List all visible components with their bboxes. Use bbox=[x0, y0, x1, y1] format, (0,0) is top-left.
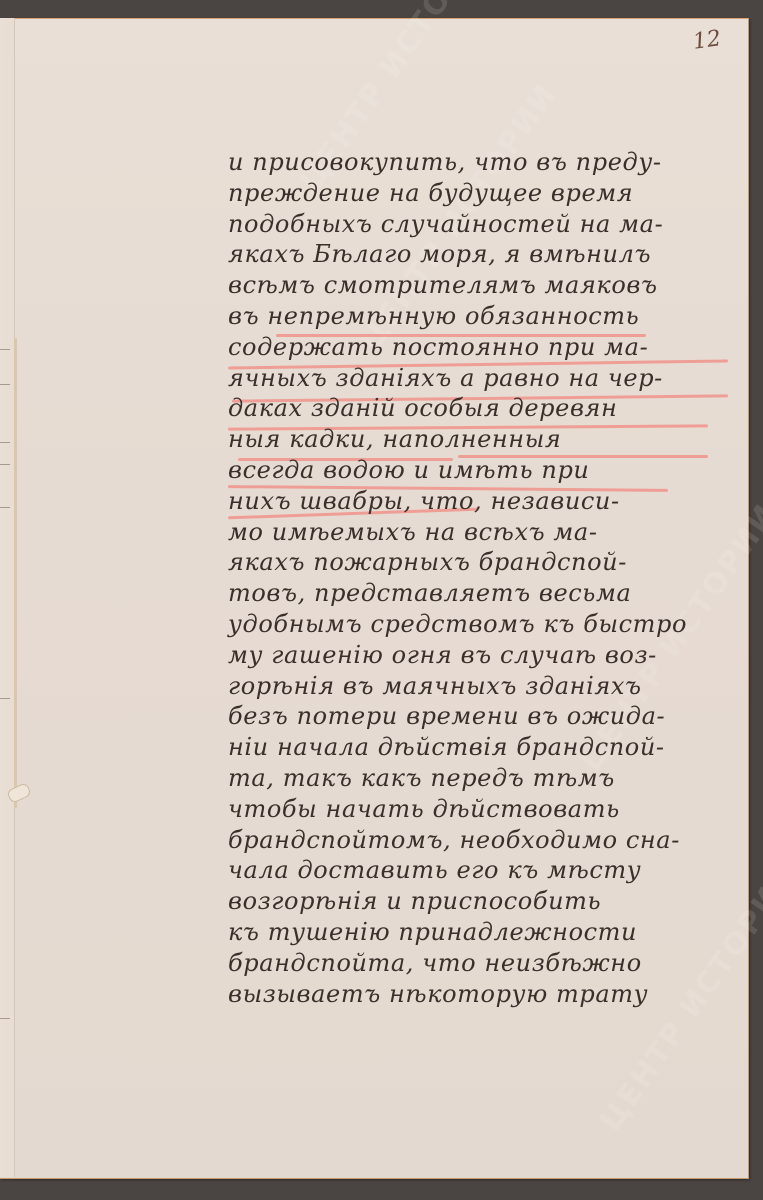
text-line: безъ потери времени въ ожида- bbox=[228, 701, 746, 732]
text-line: и присовокупить, что въ преду- bbox=[228, 147, 746, 178]
text-line: якахъ Бѣлаго моря, я вмѣнилъ bbox=[228, 239, 746, 270]
text-line: въ непремѣнную обязанность bbox=[228, 301, 746, 332]
text-line: преждение на будущее время bbox=[228, 178, 746, 209]
handwritten-text-block: и присовокупить, что въ преду- преждение… bbox=[228, 147, 746, 1009]
text-line: вызываетъ нѣкоторую трату bbox=[228, 979, 746, 1010]
text-line: нихъ швабры, что, независи- bbox=[228, 486, 746, 517]
text-line: мо имѣемыхъ на всѣхъ ма- bbox=[228, 517, 746, 548]
text-line: ячныхъ зданіяхъ а равно на чер- bbox=[228, 363, 746, 394]
text-line: удобнымъ средствомъ къ быстро bbox=[228, 609, 746, 640]
text-line: якахъ пожарныхъ брандспой- bbox=[228, 547, 746, 578]
text-line: горѣнія въ маячныхъ зданіяхъ bbox=[228, 671, 746, 702]
text-line: ныя кадки, наполненныя bbox=[228, 424, 746, 455]
text-line: та, такъ какъ передъ тѣмъ bbox=[228, 763, 746, 794]
binding-edge bbox=[0, 18, 15, 1177]
folio-number: 12 bbox=[691, 26, 722, 55]
binding-thread bbox=[14, 338, 17, 808]
text-line: содержать постоянно при ма- bbox=[228, 332, 746, 363]
text-line: товъ, представляетъ весьма bbox=[228, 578, 746, 609]
text-line: возгорѣнія и приспособить bbox=[228, 886, 746, 917]
text-line: брандспойта, что неизбѣжно bbox=[228, 948, 746, 979]
text-line: всегда водою и имѣть при bbox=[228, 455, 746, 486]
text-line: му гашенію огня въ случаѣ воз- bbox=[228, 640, 746, 671]
text-line: ніи начала дѣйствія брандспой- bbox=[228, 732, 746, 763]
text-line: чтобы начать дѣйствовать bbox=[228, 794, 746, 825]
text-line: всѣмъ смотрителямъ маяковъ bbox=[228, 270, 746, 301]
text-line: брандспойтомъ, необходимо сна- bbox=[228, 825, 746, 856]
text-line: чала доставить его къ мѣсту bbox=[228, 855, 746, 886]
text-line: къ тушенію принадлежности bbox=[228, 917, 746, 948]
text-line: подобныхъ случайностей на ма- bbox=[228, 209, 746, 240]
